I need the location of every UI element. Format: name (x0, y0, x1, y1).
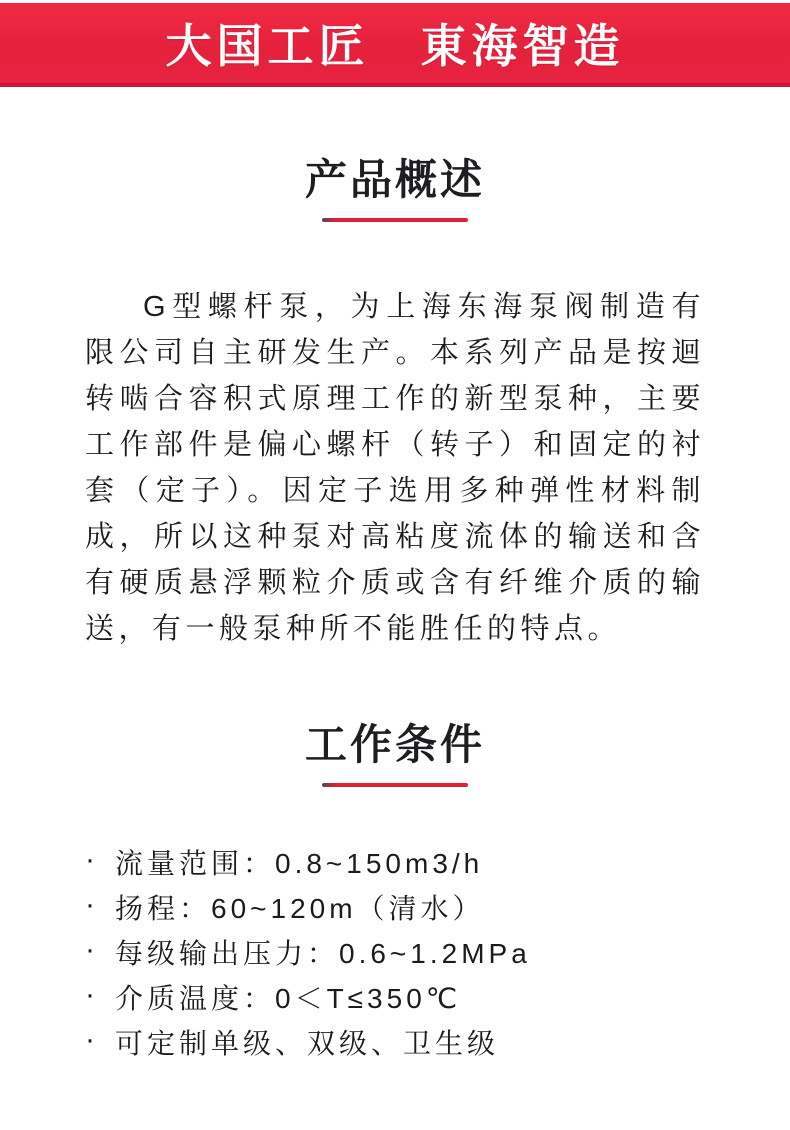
overview-section-header: 产品概述 (0, 157, 790, 222)
list-item: · 介质温度：0＜T≤350℃ (85, 974, 790, 1019)
conditions-section-title: 工作条件 (0, 722, 790, 768)
overview-paragraph: G型螺杆泵，为上海东海泵阀制造有限公司自主研发生产。本系列产品是按迴转啮合容积式… (85, 284, 705, 652)
list-item: · 每级输出压力：0.6~1.2MPa (85, 929, 790, 974)
bullet-icon: · (85, 1025, 99, 1055)
bullet-icon: · (85, 980, 99, 1010)
bullet-icon: · (85, 935, 99, 965)
condition-text: 每级输出压力：0.6~1.2MPa (115, 932, 531, 972)
list-item: · 可定制单级、双级、卫生级 (85, 1019, 790, 1064)
conditions-list: · 流量范围：0.8~150m3/h · 扬程：60~120m（清水） · 每级… (85, 839, 790, 1064)
condition-text: 介质温度：0＜T≤350℃ (115, 977, 461, 1017)
list-item: · 流量范围：0.8~150m3/h (85, 839, 790, 884)
conditions-title-underline (322, 783, 468, 787)
product-detail-page: 大国工匠 東海智造 产品概述 G型螺杆泵，为上海东海泵阀制造有限公司自主研发生产… (0, 0, 790, 1130)
list-item: · 扬程：60~120m（清水） (85, 884, 790, 929)
conditions-section-header: 工作条件 (0, 722, 790, 787)
header-banner: 大国工匠 東海智造 (0, 3, 790, 87)
condition-text: 扬程：60~120m（清水） (115, 887, 485, 927)
overview-section-title: 产品概述 (0, 157, 790, 203)
banner-slogan: 大国工匠 東海智造 (166, 10, 625, 76)
bullet-icon: · (85, 845, 99, 875)
bullet-icon: · (85, 890, 99, 920)
condition-text: 可定制单级、双级、卫生级 (115, 1022, 499, 1062)
overview-title-underline (322, 218, 468, 222)
condition-text: 流量范围：0.8~150m3/h (115, 842, 483, 882)
